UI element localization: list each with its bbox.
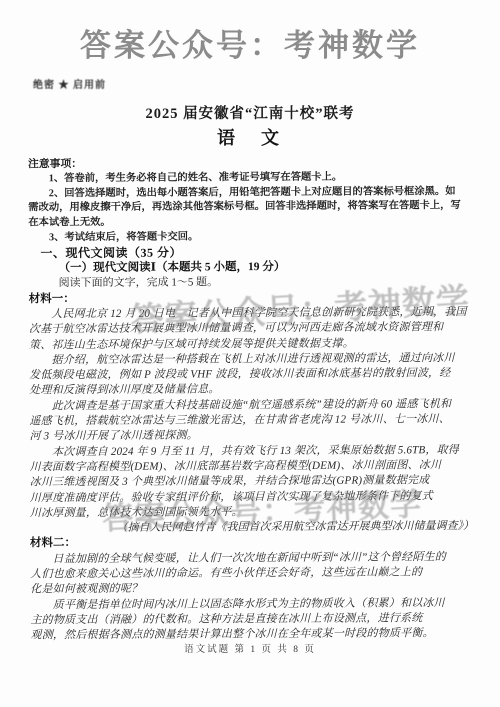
notice-items: 1、答卷前，考生务必将自己的姓名、准考证号填写在答题卡上。 2、回答选择题时，选… (28, 170, 484, 246)
exam-title: 2025 届安徽省“江南十校”联考 (0, 102, 500, 123)
material-one-attribution: （摘自人民网赵竹青《我国首次采用航空冰雷达开展典型冰川储量调查》） (30, 519, 486, 537)
document-body: 注意事项： 1、答卷前，考生务必将自己的姓名、准考证号填写在答题卡上。 2、回答… (28, 155, 487, 644)
page-footer: 语文试题 第 1 页 共 8 页 (0, 641, 500, 655)
material-one-text: 人民网北京 12 月 20 日电 记者从中国科学院空天信息创新研究院获悉，近期，… (29, 305, 486, 522)
answer-account-watermark-top: 答案公众号：考神数学 (0, 20, 500, 65)
subject-title: 语 文 (0, 124, 500, 150)
exam-paper-page: 答案公众号：考神数学 绝密 ★ 启用前 2025 届安徽省“江南十校”联考 语 … (0, 0, 500, 707)
secrecy-label: 绝密 ★ 启用前 (33, 76, 106, 91)
material-two-text: 日益加剧的全球气候变暖，让人们一次次地在新闻中听到“冰川”这个曾经陌生的 人们也… (30, 550, 486, 644)
